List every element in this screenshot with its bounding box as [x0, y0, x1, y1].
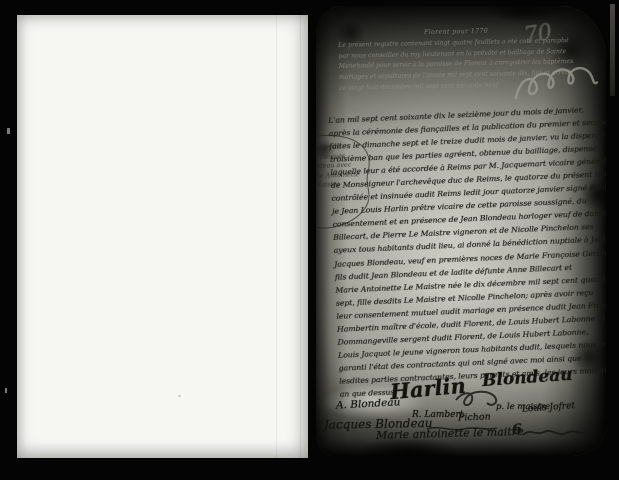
signature-bride: Marie antoinette le maitre [376, 425, 524, 442]
scan-viewport: Florent pour 1770 Le présent registre co… [0, 0, 619, 480]
bottom-folio-mark: 6 [512, 422, 523, 438]
act-body: L'an mil sept cent soixante dix le seizi… [328, 103, 604, 401]
left-blank-page [17, 15, 308, 458]
bottom-scribble-icon [522, 426, 586, 440]
signature-pichon: Pichon [458, 411, 491, 423]
paper-speck [178, 395, 181, 397]
right-manuscript-page: Florent pour 1770 Le présent registre co… [316, 6, 606, 456]
signature-a-blondeau: A. Blondeau [336, 396, 401, 411]
scan-dust [5, 388, 7, 393]
scan-dust [7, 128, 10, 134]
folio-number: 70 [522, 20, 553, 49]
book-edge [610, 4, 615, 96]
